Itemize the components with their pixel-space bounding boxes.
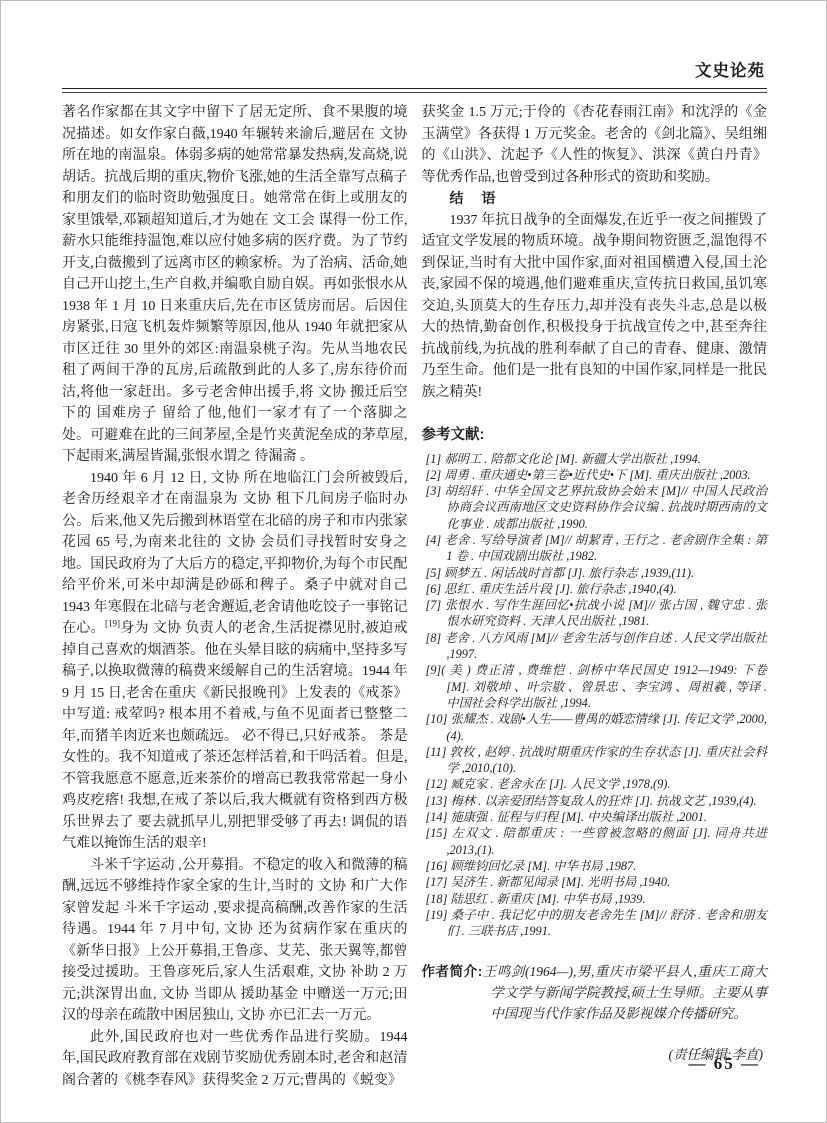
paragraph-writers-hardship: 著名作家都在其文字中留下了居无定所、食不果腹的境况描述。如女作家白薇,1940 …: [62, 102, 408, 468]
page-number: — 65 —: [689, 1054, 761, 1074]
paragraph-wenxie-relocation-text-b: 身为 文协 负责人的老舍,生活捉襟见肘,被迫戒掉自己喜欢的烟酒茶。他在头晕目眩的…: [62, 621, 408, 851]
journal-page: 文史论苑 著名作家都在其文字中留下了居无定所、食不果腹的境况描述。如女作家白薇,…: [0, 0, 827, 1123]
reference-item: [9]( 美 ) 费正清 , 费维恺 . 剑桥中华民国史 1912—1949: …: [426, 662, 768, 711]
left-column: 著名作家都在其文字中留下了居无定所、食不果腹的境况描述。如女作家白薇,1940 …: [62, 102, 408, 1091]
reference-item: [14] 施康强 . 征程与归程 [M]. 中央编译出版社 ,2001.: [426, 809, 768, 825]
reference-item: [18] 陆思红 . 新重庆 [M]. 中华书局 ,1939.: [426, 891, 768, 907]
paragraph-awards-continued: 获奖金 1.5 万元;于伶的《杏花春雨江南》和沈浮的《金玉满堂》各获得 1 万元…: [422, 102, 768, 188]
reference-item: [5] 顾梦五 . 闲话战时首都 [J]. 旅行杂志 ,1939,(11).: [426, 565, 768, 581]
references-heading: 参考文献:: [422, 425, 768, 447]
reference-item: [8] 老舍 . 八方风雨 [M]// 老舍生活与创作自述 . 人民文学出版社 …: [426, 630, 768, 663]
reference-item: [19] 桑子中 . 我记忆中的朋友老舍先生 [M]// 舒济 . 老舍和朋友们…: [426, 907, 768, 940]
reference-item: [2] 周勇 . 重庆通史•第三卷•近代史•下 [M]. 重庆出版社 ,2003…: [426, 467, 768, 483]
reference-item: [12] 臧克家 . 老舍永在 [J]. 人民文学 ,1978,(9).: [426, 776, 768, 792]
author-bio: 作者简介:王鸣剑(1964—),男,重庆市梁平县人,重庆工商大学文学与新闻学院教…: [422, 961, 768, 1024]
reference-item: [13] 梅林 . 以亲爱团结答复敌人的狂炸 [J]. 抗战文艺 ,1939,(…: [426, 793, 768, 809]
right-column: 获奖金 1.5 万元;于伶的《杏花春雨江南》和沈浮的《金玉满堂》各获得 1 万元…: [422, 102, 768, 1091]
author-bio-label: 作者简介:: [422, 964, 483, 979]
section-label: 文史论苑: [695, 61, 767, 80]
reference-item: [7] 张恨水 . 写作生涯回忆•抗战小说 [M]// 张占国 , 魏守忠 . …: [426, 597, 768, 630]
reference-item: [6] 思红 . 重庆生活片段 [J]. 旅行杂志 ,1940,(4).: [426, 581, 768, 597]
reference-item: [15] 左双文 . 陪都重庆 : 一些曾被忽略的侧面 [J]. 同舟共进 ,2…: [426, 825, 768, 858]
header-rule-top: [62, 88, 767, 89]
page-header: 文史论苑: [62, 57, 767, 93]
paragraph-fundraising-campaign: 斗米千字运动 ,公开募捐。不稳定的收入和微薄的稿酬,远远不够维持作家全家的生计,…: [62, 855, 408, 1027]
author-bio-text: 王鸣剑(1964—),男,重庆市梁平县人,重庆工商大学文学与新闻学院教授,硕士生…: [482, 964, 767, 1021]
footnote-marker-19: [19]: [105, 618, 120, 628]
references-list: [1] 郝明工 . 陪都文化论 [M]. 新疆大学出版社 ,1994. [2] …: [422, 451, 768, 940]
reference-item: [17] 吴济生 . 新都见闻录 [M]. 光明书局 ,1940.: [426, 874, 768, 890]
conclusion-heading: 结 语: [422, 188, 768, 210]
reference-item: [11] 敦枚 , 赵婷 . 抗战时期重庆作家的生存状态 [J]. 重庆社会科学…: [426, 744, 768, 777]
paragraph-wenxie-relocation: 1940 年 6 月 12 日, 文协 所在地临江门会所被毁后,老舍历经艰辛才在…: [62, 468, 408, 855]
reference-item: [3] 胡绍轩 . 中华全国文艺界抗敌协会始末 [M]// 中国人民政治协商会议…: [426, 483, 768, 532]
reference-item: [4] 老舍 . 写给导演者 [M]// 胡絜青 , 王行之 . 老舍剧作全集 …: [426, 532, 768, 565]
reference-item: [1] 郝明工 . 陪都文化论 [M]. 新疆大学出版社 ,1994.: [426, 451, 768, 467]
reference-item: [10] 张耀杰 . 戏剧•人生——曹禺的婚恋情缘 [J]. 传记文学 ,200…: [426, 711, 768, 744]
paragraph-conclusion: 1937 年抗日战争的全面爆发,在近乎一夜之间摧毁了适宜文学发展的物质环境。战争…: [422, 210, 768, 404]
paragraph-government-awards: 此外,国民政府也对一些优秀作品进行奖励。1944 年,国民政府教育部在戏剧节奖励…: [62, 1027, 408, 1092]
two-column-body: 著名作家都在其文字中留下了居无定所、食不果腹的境况描述。如女作家白薇,1940 …: [62, 102, 767, 1091]
header-rule-bottom: [62, 92, 767, 93]
reference-item: [16] 顾维钧回忆录 [M]. 中华书局 ,1987.: [426, 858, 768, 874]
paragraph-wenxie-relocation-text-a: 1940 年 6 月 12 日, 文协 所在地临江门会所被毁后,老舍历经艰辛才在…: [62, 471, 408, 637]
